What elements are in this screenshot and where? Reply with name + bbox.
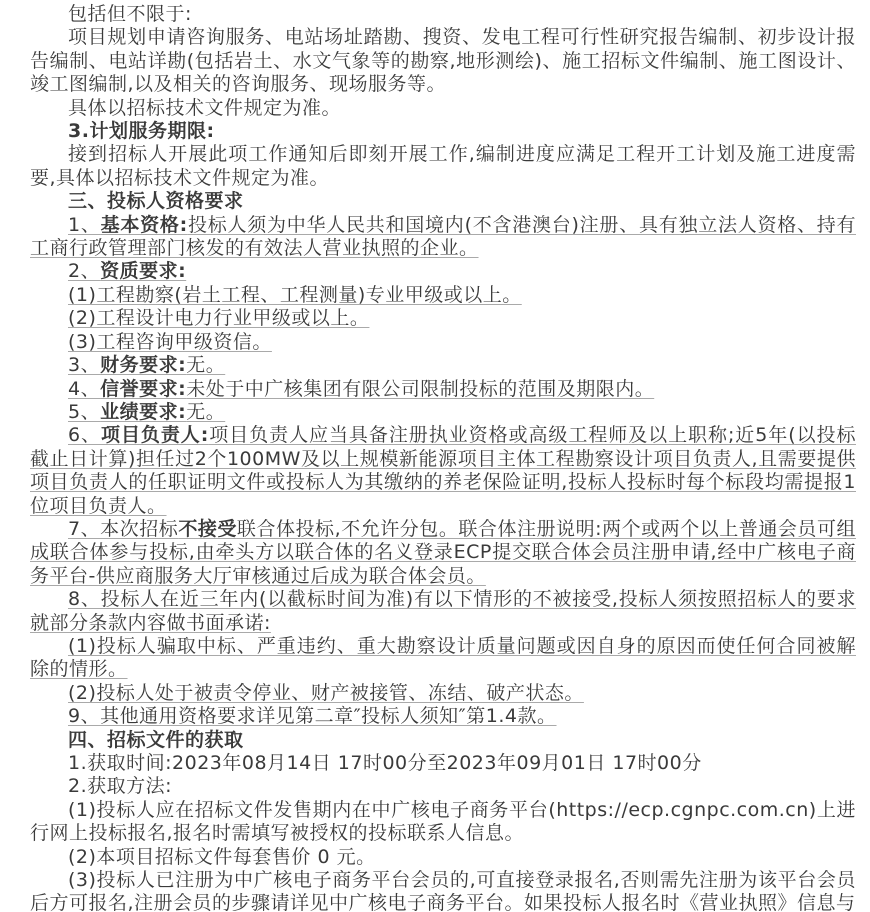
paragraph: (1)投标人应在招标文件发售期内在中广核电子商务平台(https://ecp.c… — [30, 799, 856, 846]
text-run: 5、 — [68, 401, 100, 423]
paragraph: 4、信誉要求:未处于中广核集团有限公司限制投标的范围及期限内。 — [30, 378, 856, 401]
text-run: 3、 — [68, 354, 100, 376]
text-run: (1)投标人应在招标文件发售期内在中广核电子商务平台(https://ecp.c… — [30, 799, 856, 844]
paragraph: 2、资质要求: — [30, 260, 856, 283]
text-run: 9、其他通用资格要求详见第二章″投标人须知″第1.4款。 — [68, 705, 557, 727]
paragraph: 3.计划服务期限: — [30, 120, 856, 143]
text-run: 1、 — [68, 214, 101, 236]
paragraph: 接到招标人开展此项工作通知后即刻开展工作,编制进度应满足工程开工计划及施工进度需… — [30, 143, 856, 190]
paragraph: (3)工程咨询甲级资信。 — [30, 331, 856, 354]
bold-text-run: 基本资格: — [101, 214, 188, 236]
paragraph: 8、投标人在近三年内(以截标时间为准)有以下情形的不被接受,投标人须按照招标人的… — [30, 588, 856, 635]
bold-text-run: 信誉要求: — [100, 378, 186, 400]
text-run: (3)投标人已注册为中广核电子商务平台会员的,可直接登录报名,否则需先注册为该平… — [30, 869, 856, 912]
bold-text-run: 四、招标文件的获取 — [68, 729, 244, 751]
text-run: (2)投标人处于被责令停业、财产被接管、冻结、破产状态。 — [68, 682, 584, 704]
text-run: 接到招标人开展此项工作通知后即刻开展工作,编制进度应满足工程开工计划及施工进度需… — [30, 143, 856, 188]
text-run: 4、 — [68, 378, 100, 400]
paragraph: 5、业绩要求:无。 — [30, 401, 856, 424]
paragraph: 包括但不限于: — [30, 3, 856, 26]
text-run: (3)工程咨询甲级资信。 — [68, 331, 272, 353]
text-run: 1.获取时间:2023年08月14日 17时00分至2023年09月01日 17… — [68, 752, 702, 774]
bold-text-run: 不接受 — [178, 518, 237, 540]
paragraph: (2)工程设计电力行业甲级或以上。 — [30, 307, 856, 330]
paragraph: (1)投标人骗取中标、严重违约、重大勘察设计质量问题或因自身的原因而使任何合同被… — [30, 635, 856, 682]
paragraph: 3、财务要求:无。 — [30, 354, 856, 377]
text-run: 2、 — [68, 260, 100, 282]
text-run: (2)工程设计电力行业甲级或以上。 — [68, 307, 369, 329]
paragraph: 1、基本资格:投标人须为中华人民共和国境内(不含港澳台)注册、具有独立法人资格、… — [30, 214, 856, 261]
text-run: (2)本项目招标文件每套售价 0 元。 — [68, 846, 376, 868]
paragraph: (2)本项目招标文件每套售价 0 元。 — [30, 846, 856, 869]
text-run: 无。 — [186, 401, 225, 423]
text-run: 6、 — [68, 424, 101, 446]
bold-text-run: 三、投标人资格要求 — [68, 190, 244, 212]
paragraph: 四、招标文件的获取 — [30, 729, 856, 752]
paragraph: 9、其他通用资格要求详见第二章″投标人须知″第1.4款。 — [30, 705, 856, 728]
paragraph: (3)投标人已注册为中广核电子商务平台会员的,可直接登录报名,否则需先注册为该平… — [30, 869, 856, 912]
bold-text-run: 3.计划服务期限: — [68, 120, 215, 142]
paragraph: 2.获取方法: — [30, 775, 856, 798]
bold-text-run: 资质要求: — [100, 260, 186, 282]
paragraph: 具体以招标技术文件规定为准。 — [30, 97, 856, 120]
text-run: (1)投标人骗取中标、严重违约、重大勘察设计质量问题或因自身的原因而使任何合同被… — [30, 635, 856, 680]
text-run: 未处于中广核集团有限公司限制投标的范围及期限内。 — [186, 378, 654, 400]
text-run: 无。 — [186, 354, 225, 376]
document-page: 包括但不限于:项目规划申请咨询服务、电站场址踏勘、搜资、发电工程可行性研究报告编… — [0, 0, 870, 912]
paragraph: 三、投标人资格要求 — [30, 190, 856, 213]
text-run: 包括但不限于: — [68, 3, 192, 25]
paragraph: (2)投标人处于被责令停业、财产被接管、冻结、破产状态。 — [30, 682, 856, 705]
text-run: (1)工程勘察(岩土工程、工程测量)专业甲级或以上。 — [68, 284, 522, 306]
text-run: 8、投标人在近三年内(以截标时间为准)有以下情形的不被接受,投标人须按照招标人的… — [30, 588, 856, 633]
bold-text-run: 项目负责人: — [101, 424, 209, 446]
text-run: 7、本次招标 — [68, 518, 178, 540]
paragraph: 6、项目负责人:项目负责人应当具备注册执业资格或高级工程师及以上职称;近5年(以… — [30, 424, 856, 518]
paragraph: 1.获取时间:2023年08月14日 17时00分至2023年09月01日 17… — [30, 752, 856, 775]
paragraph: 项目规划申请咨询服务、电站场址踏勘、搜资、发电工程可行性研究报告编制、初步设计报… — [30, 26, 856, 96]
paragraph: (1)工程勘察(岩土工程、工程测量)专业甲级或以上。 — [30, 284, 856, 307]
text-run: 2.获取方法: — [68, 775, 172, 797]
bold-text-run: 业绩要求: — [100, 401, 186, 423]
paragraph: 7、本次招标不接受联合体投标,不允许分包。联合体注册说明:两个或两个以上普通会员… — [30, 518, 856, 588]
bold-text-run: 财务要求: — [100, 354, 186, 376]
text-run: 具体以招标技术文件规定为准。 — [68, 97, 341, 119]
text-run: 项目规划申请咨询服务、电站场址踏勘、搜资、发电工程可行性研究报告编制、初步设计报… — [30, 26, 856, 95]
